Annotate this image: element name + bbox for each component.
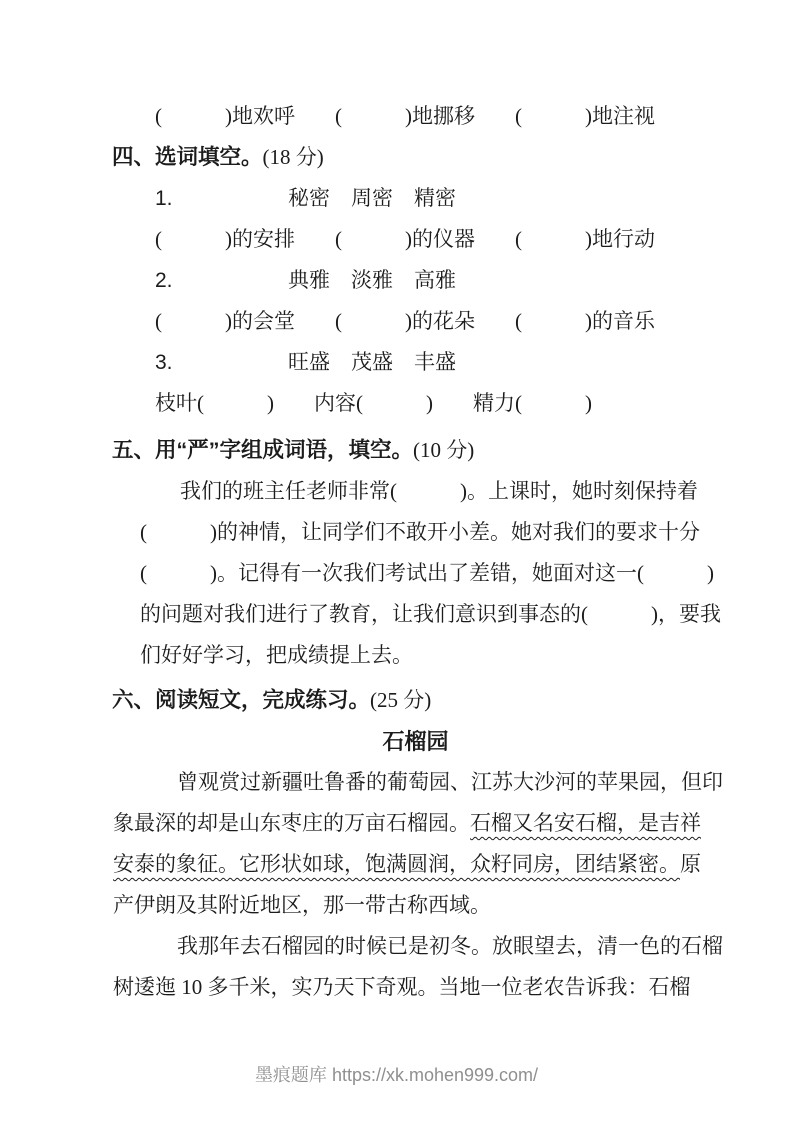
blank-group: ( )的仪器 bbox=[335, 219, 475, 260]
blank-group: ( )地行动 bbox=[515, 219, 655, 260]
section5-line: 们好好学习，把成绩提上去。 bbox=[140, 635, 718, 676]
essay-p2-line1: 我那年去石榴园的时候已是初冬。放眼望去，清一色的石榴 bbox=[113, 926, 718, 967]
essay-p1-line2: 象最深的却是山东枣庄的万亩石榴园。石榴又名安石榴，是吉祥 bbox=[113, 803, 718, 844]
blank-group: ( )地注视 bbox=[515, 96, 655, 137]
item1-fill-line: ( )的安排 ( )的仪器 ( )地行动 bbox=[155, 219, 793, 260]
item2-fill-line: ( )的会堂 ( )的花朵 ( )的音乐 bbox=[155, 301, 793, 342]
essay-title: 石榴园 bbox=[113, 721, 718, 762]
section4-heading: 四、选词填空。(18 分) bbox=[112, 137, 793, 178]
section4-heading-label: 四、选词填空。 bbox=[112, 145, 263, 169]
exam-content: ( )地欢呼 ( )地挪移 ( )地注视 四、选词填空。(18 分) 1. 秘密… bbox=[0, 96, 793, 1008]
item3-fill-line: 枝叶( ) 内容( ) 精力( ) bbox=[155, 383, 793, 424]
blank-group: 内容( ) bbox=[314, 383, 433, 424]
section5-line: ( )。记得有一次我们考试出了差错，她面对这一( ) bbox=[140, 553, 718, 594]
essay-p1-line4: 产伊朗及其附近地区，那一带古称西域。 bbox=[113, 885, 718, 926]
section5-score: (10 分) bbox=[413, 438, 474, 462]
blank-group: ( )地挪移 bbox=[335, 96, 475, 137]
essay-text-wavy-underline: 石榴又名安石榴，是吉祥 bbox=[470, 811, 701, 835]
blank-group: 枝叶( ) bbox=[155, 383, 274, 424]
section5-heading-label: 五、用“严”字组成词语，填空。 bbox=[112, 438, 413, 462]
blank-group: 精力( ) bbox=[473, 383, 592, 424]
item1-word-bank: 秘密 周密 精密 bbox=[288, 178, 456, 219]
site-watermark: 墨痕题库 https://xk.mohen999.com/ bbox=[0, 1062, 793, 1088]
section3-fill-line: ( )地欢呼 ( )地挪移 ( )地注视 bbox=[155, 96, 793, 137]
section6-heading: 六、阅读短文，完成练习。(25 分) bbox=[112, 680, 793, 721]
essay-text-wavy-underline: 安泰的象征。它形状如球，饱满圆润，众籽同房，团结紧密。 bbox=[113, 852, 680, 876]
blank-group: ( )的花朵 bbox=[335, 301, 475, 342]
section6-score: (25 分) bbox=[370, 688, 431, 712]
essay-text: 象最深的却是山东枣庄的万亩石榴园。 bbox=[113, 811, 470, 835]
essay-p1-line1: 曾观赏过新疆吐鲁番的葡萄园、江苏大沙河的苹果园，但印 bbox=[113, 762, 718, 803]
section5-line: 我们的班主任老师非常( )。上课时，她时刻保持着 bbox=[140, 471, 718, 512]
item2-bank-row: 2. 典雅 淡雅 高雅 bbox=[155, 260, 793, 301]
blank-group: ( )的安排 bbox=[155, 219, 295, 260]
essay-p1-line3: 安泰的象征。它形状如球，饱满圆润，众籽同房，团结紧密。原 bbox=[113, 844, 718, 885]
item2-number: 2. bbox=[155, 260, 288, 301]
section5-line: ( )的神情，让同学们不敢开小差。她对我们的要求十分 bbox=[140, 512, 718, 553]
section5-heading: 五、用“严”字组成词语，填空。(10 分) bbox=[112, 430, 793, 471]
section6-heading-label: 六、阅读短文，完成练习。 bbox=[112, 688, 370, 712]
section4-score: (18 分) bbox=[263, 145, 324, 169]
item3-bank-row: 3. 旺盛 茂盛 丰盛 bbox=[155, 342, 793, 383]
blank-group: ( )的会堂 bbox=[155, 301, 295, 342]
item3-word-bank: 旺盛 茂盛 丰盛 bbox=[288, 342, 456, 383]
blank-group: ( )地欢呼 bbox=[155, 96, 295, 137]
essay-p2-line2: 树逶迤 10 多千米，实乃天下奇观。当地一位老农告诉我：石榴 bbox=[113, 967, 718, 1008]
item1-bank-row: 1. 秘密 周密 精密 bbox=[155, 178, 793, 219]
essay-text: 原 bbox=[680, 852, 701, 876]
exam-paper-page: ( )地欢呼 ( )地挪移 ( )地注视 四、选词填空。(18 分) 1. 秘密… bbox=[0, 0, 793, 1122]
item3-number: 3. bbox=[155, 342, 288, 383]
item2-word-bank: 典雅 淡雅 高雅 bbox=[288, 260, 456, 301]
section5-line: 的问题对我们进行了教育，让我们意识到事态的( )，要我 bbox=[140, 594, 718, 635]
item1-number: 1. bbox=[155, 178, 288, 219]
blank-group: ( )的音乐 bbox=[515, 301, 655, 342]
